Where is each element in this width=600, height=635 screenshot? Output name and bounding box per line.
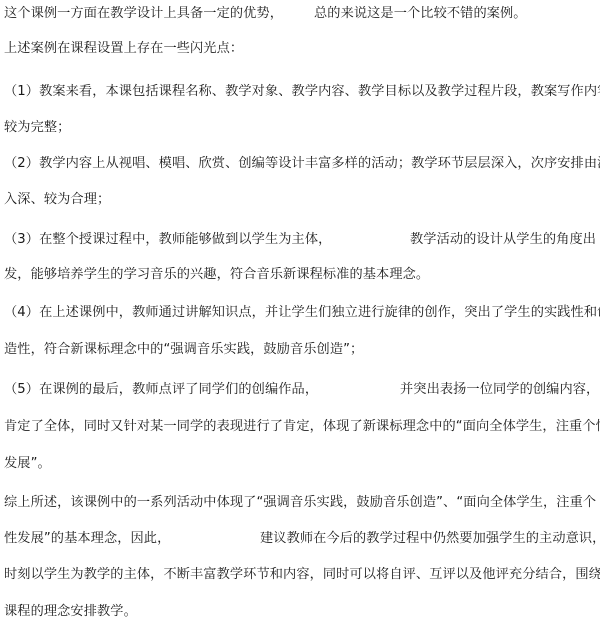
point-5-text-part1: （5）在课例的最后，教师点评了同学们的创编作品， (4, 381, 318, 399)
summary-text-part2: 建议教师在今后的教学过程中仍然要加强学生的主动意识， (260, 530, 600, 548)
point-1-line-2: 较为完整； (4, 119, 70, 137)
point-3-text-part1: （3）在整个授课过程中，教师能够做到以学生为主体， (4, 231, 331, 249)
point-2-line-2: 入深、较为合理； (4, 191, 110, 209)
highlights-heading: 上述案例在课程设置上存在一些闪光点： (4, 40, 243, 58)
summary-line-3: 时刻以学生为教学的主体，不断丰富教学环节和内容，同时可以将自评、互评以及他评充分… (4, 566, 600, 584)
summary-text-part1: 性发展”的基本理念，因此， (4, 530, 170, 548)
point-1-line-1: （1）教案来看，本课包括课程名称、教学对象、教学内容、教学目标以及教学过程片段，… (4, 83, 600, 101)
point-5-line-3: 发展”。 (4, 455, 51, 473)
summary-line-1: 综上所述，该课例中的一系列活动中体现了“强调音乐实践，鼓励音乐创造”、“面向全体… (4, 494, 596, 512)
point-5-text-part2: 并突出表扬一位同学的创编内容， (400, 381, 599, 399)
intro-text-part2: 总的来说这是一个比较不错的案例。 (314, 5, 527, 23)
point-4-line-2: 造性，符合新课标理念中的“强调音乐实践，鼓励音乐创造”； (4, 341, 363, 359)
point-2-line-1: （2）教学内容上从视唱、模唱、欣赏、创编等设计丰富多样的活动；教学环节层层深入，… (4, 155, 600, 173)
point-4-line-1: （4）在上述课例中，教师通过讲解知识点，并让学生们独立进行旋律的创作，突出了学生… (4, 304, 600, 322)
point-5-line-2: 肯定了全体，同时又针对某一同学的表现进行了肯定，体现了新课标理念中的“面向全体学… (4, 418, 600, 436)
intro-text-part1: 这个课例一方面在教学设计上具备一定的优势， (4, 5, 283, 23)
point-3-text-part2: 教学活动的设计从学生的角度出 (410, 231, 596, 249)
summary-line-4: 课程的理念安排教学。 (4, 603, 137, 621)
point-3-line-2: 发，能够培养学生的学习音乐的兴趣，符合音乐新课程标准的基本理念。 (4, 266, 429, 284)
